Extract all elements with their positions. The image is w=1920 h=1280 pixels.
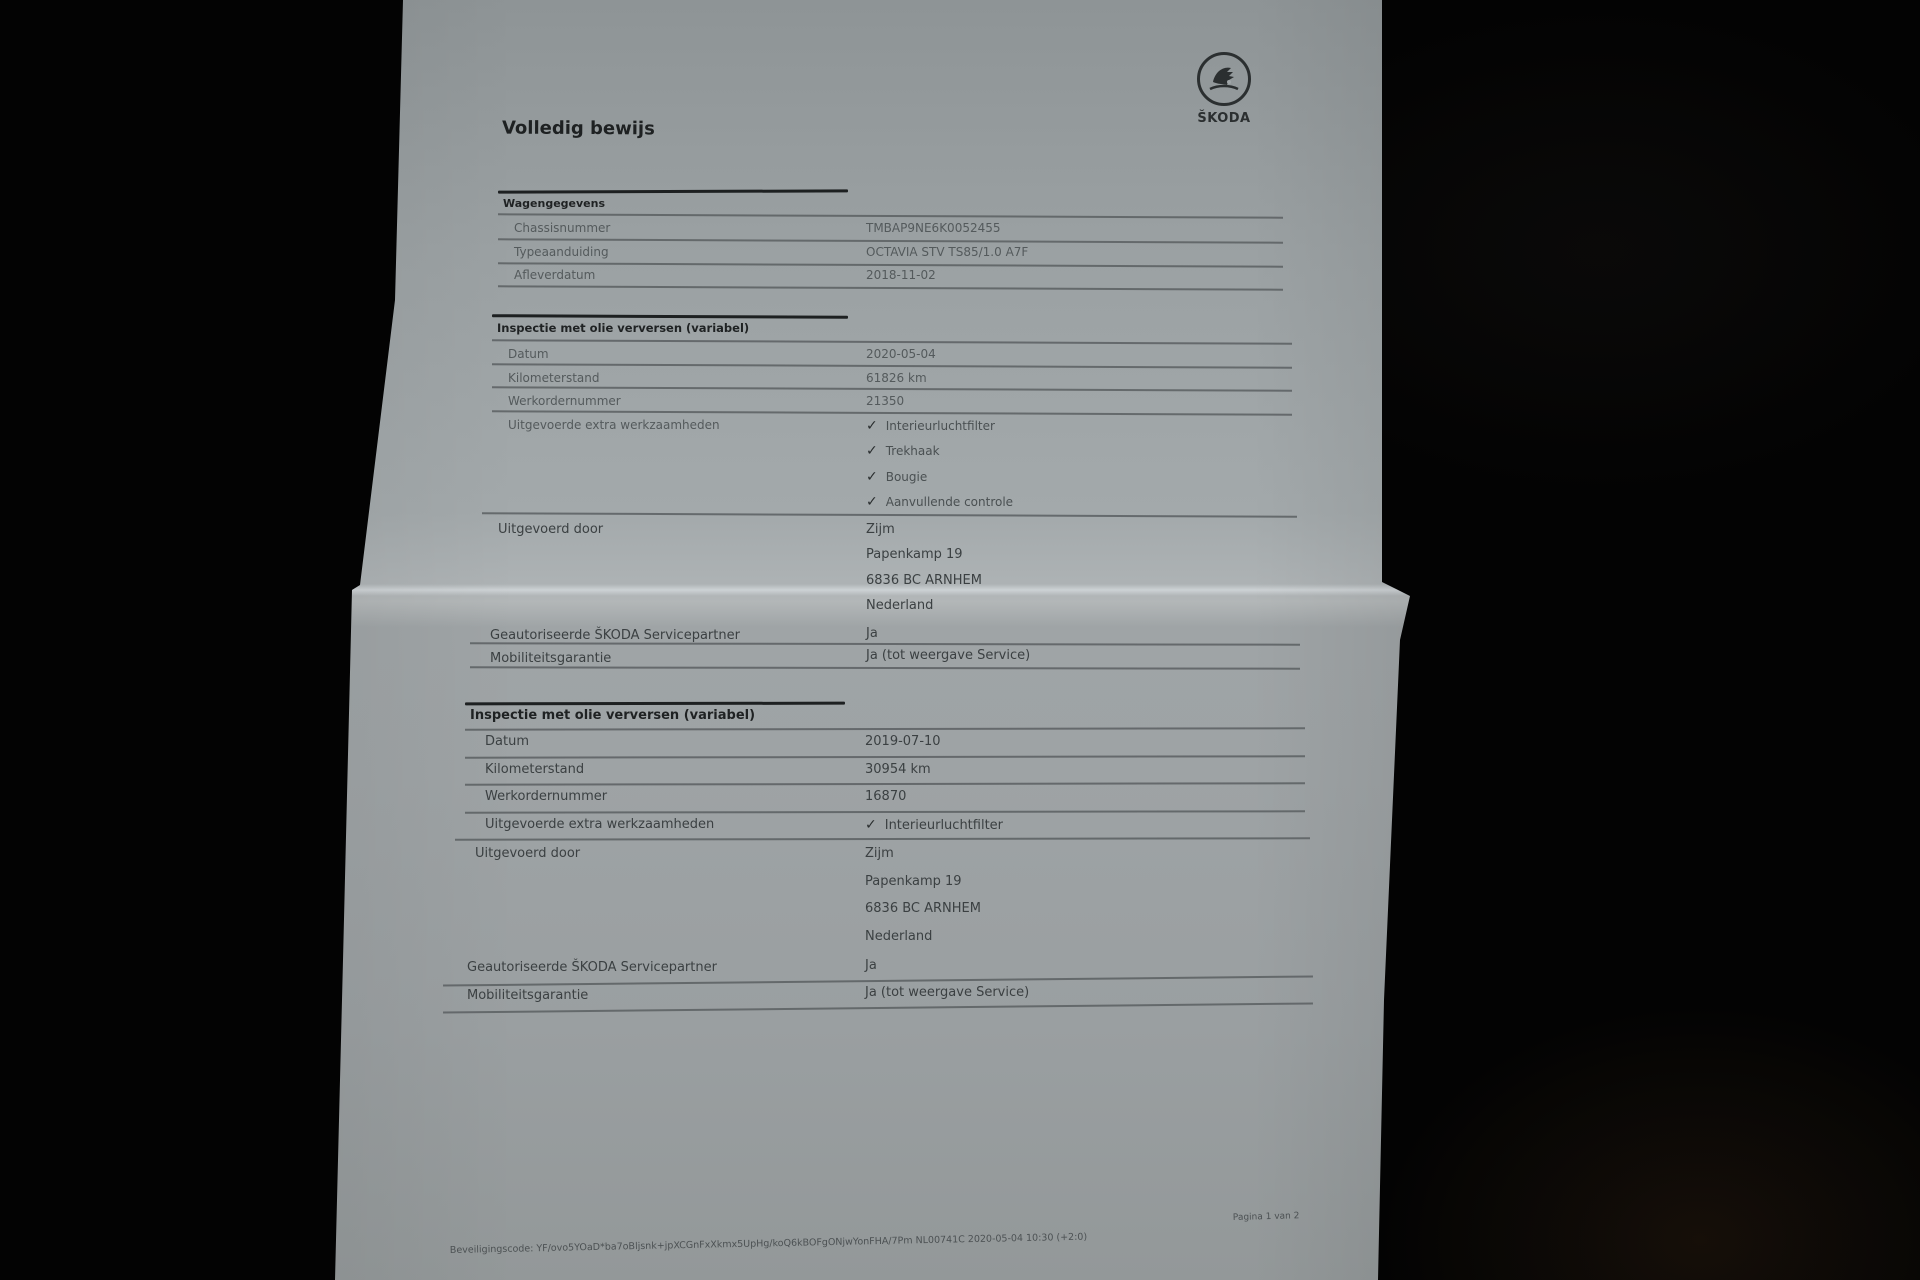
checkmark-icon: ✓ bbox=[866, 418, 878, 434]
extra-work-text: Aanvullende controle bbox=[886, 495, 1013, 509]
performed-by-line: Papenkamp 19 bbox=[865, 874, 962, 889]
extra-work-item: ✓Trekhaak bbox=[866, 443, 940, 459]
checkmark-icon: ✓ bbox=[866, 443, 878, 459]
page-number: Pagina 1 van 2 bbox=[1233, 1211, 1300, 1223]
mobility-guarantee-value: Ja (tot weergave Service) bbox=[866, 648, 1030, 663]
performed-by-line: 6836 BC ARNHEM bbox=[866, 573, 982, 588]
authorized-partner-value: Ja bbox=[865, 958, 877, 973]
performed-by-line: Zijm bbox=[866, 522, 895, 537]
mobility-guarantee-label: Mobiliteitsgarantie bbox=[467, 988, 588, 1003]
checkmark-icon: ✓ bbox=[866, 469, 878, 485]
extra-work-text: Interieurluchtfilter bbox=[885, 818, 1003, 833]
row-label: Werkordernummer bbox=[485, 789, 607, 804]
extra-work-item: ✓Aanvullende controle bbox=[866, 494, 1013, 510]
extra-work-item: ✓Bougie bbox=[866, 469, 927, 485]
extra-work-text: Interieurluchtfilter bbox=[886, 419, 995, 433]
performed-by-line: Nederland bbox=[866, 598, 933, 613]
section-heading: Wagengegevens bbox=[503, 197, 605, 210]
skoda-logo: ŠKODA bbox=[1184, 52, 1264, 126]
row-value: 21350 bbox=[866, 394, 904, 408]
authorized-partner-label: Geautoriseerde ŠKODA Servicepartner bbox=[467, 960, 717, 975]
authorized-partner-value: Ja bbox=[866, 626, 878, 641]
row-value: 16870 bbox=[865, 789, 906, 804]
extra-work-item: ✓Interieurluchtfilter bbox=[866, 418, 995, 434]
extra-work-item: ✓Interieurluchtfilter bbox=[865, 817, 1003, 833]
checkmark-icon: ✓ bbox=[866, 494, 878, 510]
row-label: Werkordernummer bbox=[508, 394, 621, 408]
mobility-guarantee-label: Mobiliteitsgarantie bbox=[490, 651, 611, 666]
row-label: Chassisnummer bbox=[514, 221, 610, 235]
document-title: Volledig bewijs bbox=[502, 118, 655, 140]
row-label: Datum bbox=[485, 734, 529, 749]
checkmark-icon: ✓ bbox=[865, 817, 877, 833]
performed-by-line: Nederland bbox=[865, 929, 932, 944]
row-value: 61826 km bbox=[866, 371, 927, 385]
row-value: 2018-11-02 bbox=[866, 268, 936, 282]
extra-work-text: Trekhaak bbox=[886, 444, 940, 458]
skoda-winged-arrow-icon bbox=[1197, 52, 1251, 106]
authorized-partner-label: Geautoriseerde ŠKODA Servicepartner bbox=[490, 628, 740, 643]
performed-by-line: Papenkamp 19 bbox=[866, 547, 963, 562]
skoda-wordmark: ŠKODA bbox=[1184, 111, 1264, 126]
row-label: Afleverdatum bbox=[514, 268, 595, 282]
row-label: Datum bbox=[508, 347, 549, 361]
row-value: 2019-07-10 bbox=[865, 734, 941, 749]
row-label: Typeaanduiding bbox=[514, 245, 609, 259]
row-value: OCTAVIA STV TS85/1.0 A7F bbox=[866, 245, 1028, 259]
row-value: 2020-05-04 bbox=[866, 347, 936, 361]
row-label: Kilometerstand bbox=[508, 371, 600, 385]
mobility-guarantee-value: Ja (tot weergave Service) bbox=[865, 985, 1029, 1000]
extra-work-label: Uitgevoerde extra werkzaamheden bbox=[485, 817, 714, 832]
performed-by-line: 6836 BC ARNHEM bbox=[865, 901, 981, 916]
row-label: Kilometerstand bbox=[485, 762, 584, 777]
section-heading: Inspectie met olie verversen (variabel) bbox=[470, 708, 755, 723]
extra-work-text: Bougie bbox=[886, 470, 928, 484]
row-value: TMBAP9NE6K0052455 bbox=[866, 221, 1001, 235]
section-heading: Inspectie met olie verversen (variabel) bbox=[497, 321, 749, 335]
performed-by-label: Uitgevoerd door bbox=[498, 522, 603, 537]
row-value: 30954 km bbox=[865, 762, 931, 777]
performed-by-line: Zijm bbox=[865, 846, 894, 861]
performed-by-label: Uitgevoerd door bbox=[475, 846, 580, 861]
extra-work-label: Uitgevoerde extra werkzaamheden bbox=[508, 418, 720, 432]
